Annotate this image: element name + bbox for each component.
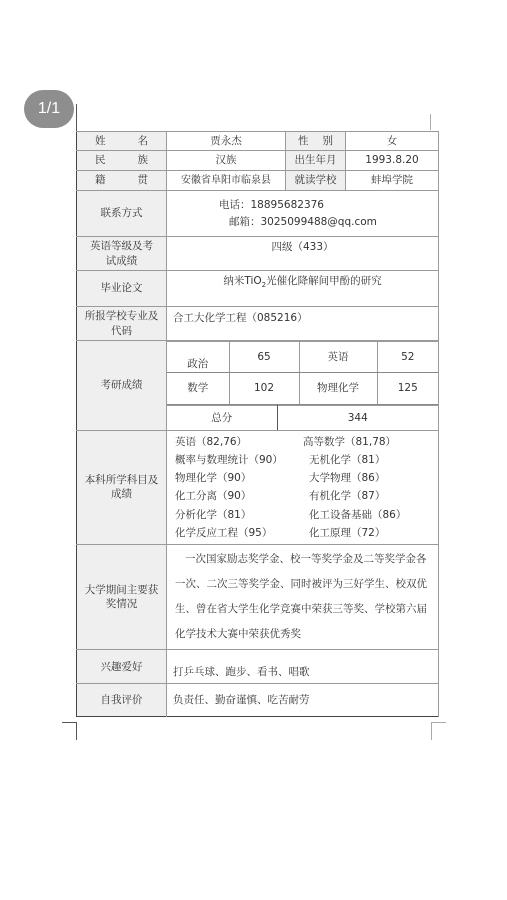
course-item: 分析化学（81）: [175, 506, 303, 524]
row-name-gender: 姓名 贾永杰 性别 女: [77, 132, 439, 151]
target-label: 所报学校专业及代码: [77, 307, 167, 341]
origin-label: 籍贯: [77, 171, 167, 191]
course-item: 化工设备基础（86）: [303, 506, 436, 524]
exam-score-politics: 65: [229, 342, 299, 373]
birth-value: 1993.8.20: [346, 151, 439, 171]
course-item: 化学反应工程（95）: [175, 524, 303, 542]
exam-subject-politics: 政治: [167, 342, 229, 373]
row-ethnicity-birth: 民族 汉族 出生年月 1993.8.20: [77, 151, 439, 171]
gender-label: 性别: [286, 132, 346, 151]
course-item: 化工原理（72）: [303, 524, 436, 542]
english-label: 英语等级及考试成绩: [77, 237, 167, 271]
course-item: 物理化学（90）: [175, 469, 303, 487]
course-item: 大学物理（86）: [303, 469, 436, 487]
crop-mark-top-right: [430, 114, 431, 130]
school-label: 就读学校: [286, 171, 346, 191]
row-thesis: 毕业论文 纳米TiO2光催化降解间甲酚的研究: [77, 271, 439, 307]
exam-subject-english: 英语: [299, 342, 377, 373]
exam-score-math: 102: [229, 373, 299, 405]
crop-mark-bottom-left-v: [76, 722, 77, 740]
target-value: 合工大化学工程（085216）: [167, 307, 439, 341]
hobbies-label: 兴趣爱好: [77, 650, 167, 684]
course-item: 有机化学（87）: [303, 487, 436, 505]
course-item: 英语（82,76）: [175, 433, 303, 451]
ethnicity-value: 汉族: [167, 151, 286, 171]
birth-label: 出生年月: [286, 151, 346, 171]
exam-score-physchem: 125: [377, 373, 438, 405]
exam-subject-physchem: 物理化学: [299, 373, 377, 405]
crop-mark-bottom-right-v: [431, 722, 432, 740]
name-value: 贾永杰: [167, 132, 286, 151]
crop-mark-bottom-right-h: [431, 722, 446, 723]
row-awards: 大学期间主要获奖情况 一次国家励志奖学金、校一等奖学金及二等奖学金各一次、二次三…: [77, 545, 439, 650]
english-value: 四级（433）: [167, 237, 439, 271]
page-indicator: 1/1: [24, 90, 74, 128]
row-self-eval: 自我评价 负责任、勤奋谨慎、吃苦耐劳: [77, 684, 439, 717]
awards-text: 一次国家励志奖学金、校一等奖学金及二等奖学金各一次、二次三等奖学金、同时被评为三…: [169, 545, 436, 649]
exam-label: 考研成绩: [77, 341, 167, 431]
contact-label: 联系方式: [77, 191, 167, 237]
row-english: 英语等级及考试成绩 四级（433）: [77, 237, 439, 271]
thesis-value: 纳米TiO2光催化降解间甲酚的研究: [167, 271, 439, 307]
row-exam: 考研成绩 政治 65 英语 52 数学 102 物理化学 125: [77, 341, 439, 431]
name-label: 姓名: [77, 132, 167, 151]
origin-value: 安徽省阜阳市临泉县: [167, 171, 286, 191]
exam-total-value: 344: [277, 406, 438, 430]
self-eval-label: 自我评价: [77, 684, 167, 717]
awards-label: 大学期间主要获奖情况: [77, 545, 167, 650]
phone-text: 电话：18895682376: [219, 197, 436, 213]
awards-value: 一次国家励志奖学金、校一等奖学金及二等奖学金各一次、二次三等奖学金、同时被评为三…: [167, 545, 439, 650]
school-value: 蚌埠学院: [346, 171, 439, 191]
row-origin-school: 籍贯 安徽省阜阳市临泉县 就读学校 蚌埠学院: [77, 171, 439, 191]
crop-mark-top-left: [76, 104, 77, 131]
course-item: 高等数学（81,78）: [303, 433, 436, 451]
contact-value: 电话：18895682376 邮箱：3025099488@qq.com: [167, 191, 439, 237]
exam-subject-math: 数学: [167, 373, 229, 405]
thesis-label: 毕业论文: [77, 271, 167, 307]
resume-table: 姓名 贾永杰 性别 女 民族 汉族 出生年月 1993.8.20 籍贯 安徽省阜…: [76, 131, 439, 717]
hobbies-value: 打乒乓球、跑步、看书、唱歌: [167, 650, 439, 684]
gender-value: 女: [346, 132, 439, 151]
courses-label: 本科所学科目及成绩: [77, 430, 167, 545]
row-hobbies: 兴趣爱好 打乒乓球、跑步、看书、唱歌: [77, 650, 439, 684]
self-eval-value: 负责任、勤奋谨慎、吃苦耐劳: [167, 684, 439, 717]
exam-score-english: 52: [377, 342, 438, 373]
exam-total-label: 总分: [167, 406, 277, 430]
ethnicity-label: 民族: [77, 151, 167, 171]
email-text: 邮箱：3025099488@qq.com: [219, 214, 436, 230]
course-item: 概率与数理统计（90）: [175, 451, 303, 469]
crop-mark-bottom-left-h: [62, 722, 76, 723]
course-item: 化工分离（90）: [175, 487, 303, 505]
row-courses: 本科所学科目及成绩 英语（82,76） 高等数学（81,78） 概率与数理统计（…: [77, 430, 439, 545]
courses-value: 英语（82,76） 高等数学（81,78） 概率与数理统计（90） 无机化学（8…: [167, 430, 439, 545]
row-contact: 联系方式 电话：18895682376 邮箱：3025099488@qq.com: [77, 191, 439, 237]
exam-scores: 政治 65 英语 52 数学 102 物理化学 125 总分 344: [167, 341, 439, 431]
course-item: 无机化学（81）: [303, 451, 436, 469]
row-target: 所报学校专业及代码 合工大化学工程（085216）: [77, 307, 439, 341]
